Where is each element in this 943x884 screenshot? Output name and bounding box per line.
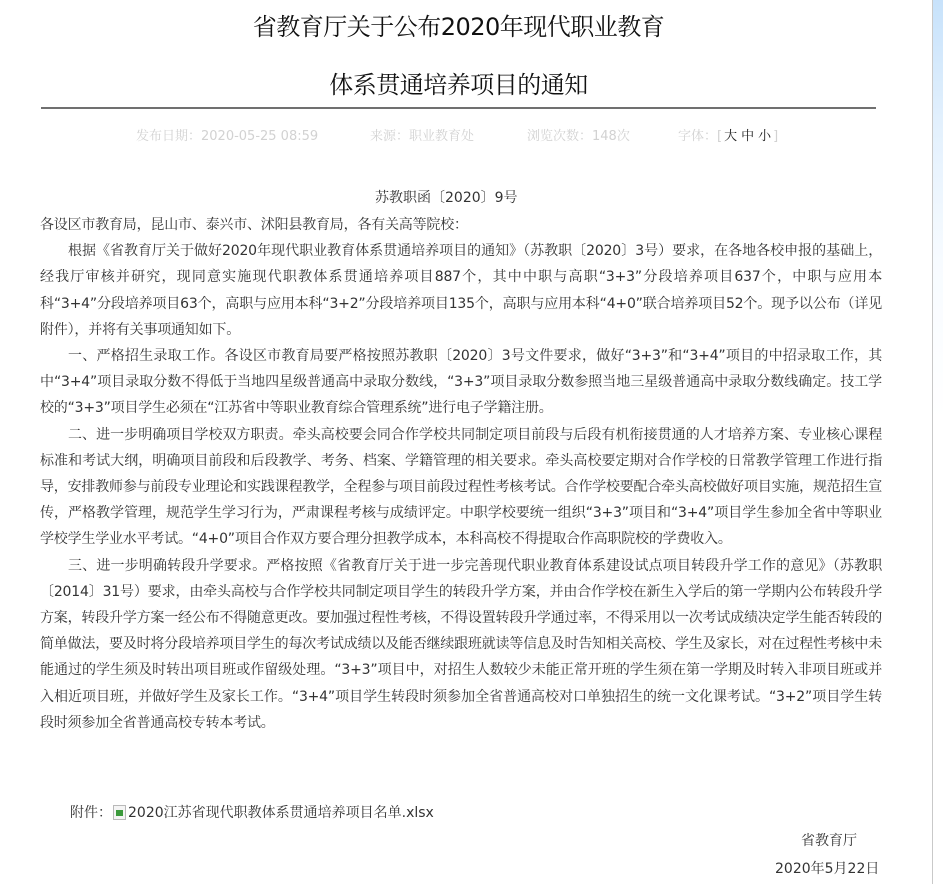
font-size-label: 字体： [678, 129, 717, 144]
excel-file-icon [113, 805, 126, 820]
publish-date: 发布日期：2020-05-25 08:59 [136, 125, 318, 144]
font-size-large-button[interactable]: 大 [724, 129, 737, 144]
article-title-line-2: 体系贯通培养项目的通知 [41, 65, 876, 100]
issue-date: 2020年5月22日 [775, 858, 879, 878]
right-side-panel-edge [932, 0, 943, 884]
attachment-label: 附件： [70, 802, 112, 822]
article-body: 各设区市教育局，昆山市、泰兴市、沭阳县教育局，各有关高等院校： 根据《省教育厅关… [40, 212, 882, 736]
font-size-small-button[interactable]: 小 [758, 129, 771, 144]
paragraph-intro: 根据《省教育厅关于做好2020年现代职业教育体系贯通培养项目的通知》（苏教职〔2… [40, 238, 882, 343]
attachment: 附件： 2020江苏省现代职教体系贯通培养项目名单.xlsx [70, 802, 434, 822]
salutation: 各设区市教育局，昆山市、泰兴市、沭阳县教育局，各有关高等院校： [40, 212, 882, 238]
paragraph-section-3: 三、进一步明确转段升学要求。严格按照《省教育厅关于进一步完善现代职业教育体系建设… [40, 553, 882, 736]
attachment-link[interactable]: 2020江苏省现代职教体系贯通培养项目名单.xlsx [128, 802, 434, 822]
article-source: 来源：职业教育处 [370, 125, 474, 144]
font-size-medium-button[interactable]: 中 [741, 129, 754, 144]
article-title-line-1: 省教育厅关于公布2020年现代职业教育 [41, 7, 876, 42]
view-count: 浏览次数：148次 [527, 125, 630, 144]
article-page: 省教育厅关于公布2020年现代职业教育 体系贯通培养项目的通知 发布日期：202… [0, 0, 932, 884]
paragraph-section-2: 二、进一步明确项目学校双方职责。牵头高校要会同合作学校共同制定项目前段与后段有机… [40, 422, 882, 553]
issuer-signature: 省教育厅 [801, 830, 857, 850]
bracket-open: [ [717, 129, 722, 144]
title-divider [41, 107, 876, 109]
document-number: 苏教职函〔2020〕9号 [375, 187, 518, 207]
font-size-control: 字体：[大中小] [678, 125, 778, 144]
bracket-close: ] [773, 129, 778, 144]
paragraph-section-1: 一、严格招生录取工作。各设区市教育局要严格按照苏教职〔2020〕3号文件要求，做… [40, 343, 882, 422]
